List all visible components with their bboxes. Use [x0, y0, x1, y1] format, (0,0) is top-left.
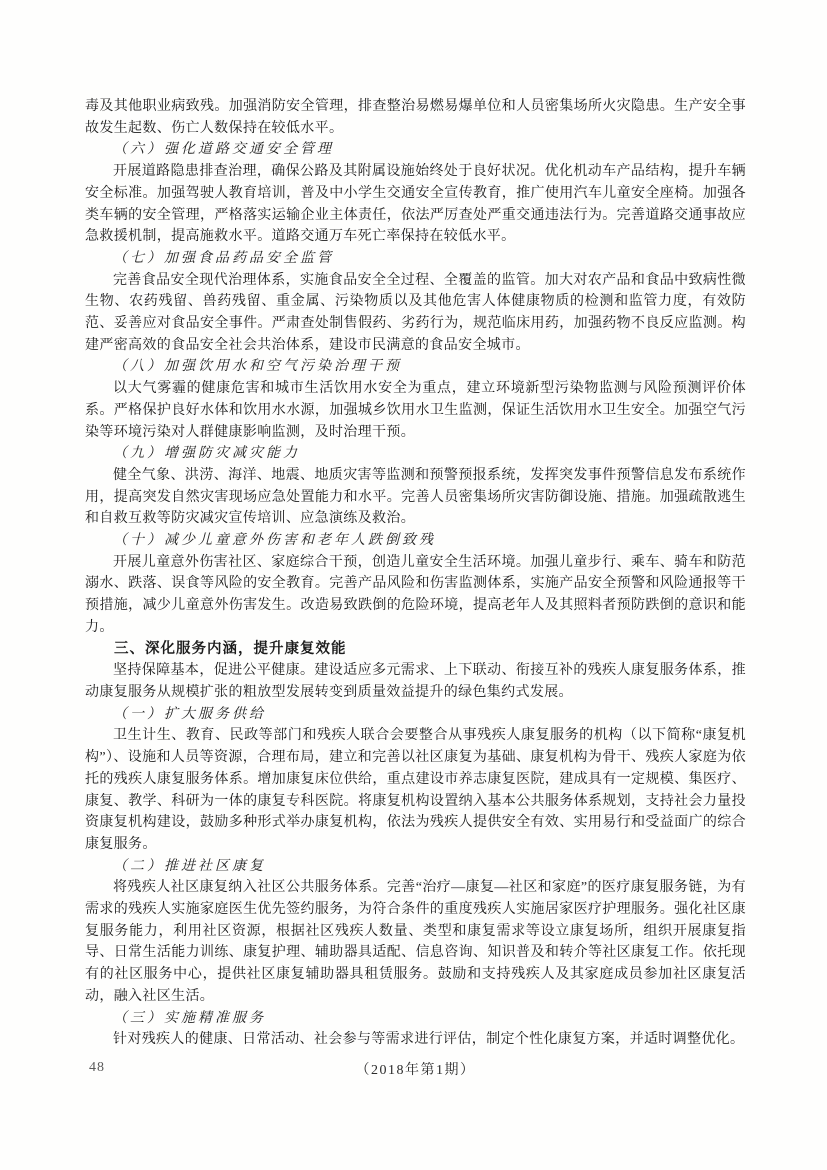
body-paragraph: 针对残疾人的健康、日常活动、社会参与等需求进行评估，制定个性化康复方案，并适时调… [85, 1029, 746, 1051]
subsection-heading: （八）加强饮用水和空气污染治理干预 [85, 356, 746, 378]
body-paragraph: 完善食品安全现代治理体系，实施食品安全全过程、全覆盖的监管。加大对农产品和食品中… [85, 270, 746, 357]
body-paragraph: 以大气雾霾的健康危害和城市生活饮用水安全为重点，建立环境新型污染物监测与风险预测… [85, 378, 746, 443]
body-paragraph: 将残疾人社区康复纳入社区公共服务体系。完善“治疗—康复—社区和家庭”的医疗康复服… [85, 877, 746, 1007]
body-paragraph: 开展儿童意外伤害社区、家庭综合干预，创造儿童安全生活环境。加强儿童步行、乘车、骑… [85, 552, 746, 639]
subsection-heading: （十）减少儿童意外伤害和老年人跌倒致残 [85, 530, 746, 552]
body-paragraph: 开展道路隐患排查治理，确保公路及其附属设施始终处于良好状况。优化机动车产品结构，… [85, 161, 746, 248]
document-body: 毒及其他职业病致残。加强消防安全管理，排查整治易燃易爆单位和人员密集场所火灾隐患… [85, 96, 746, 1051]
subsection-heading: （一）扩大服务供给 [85, 704, 746, 726]
section-heading: 三、深化服务内涵，提升康复效能 [85, 639, 746, 661]
subsection-heading: （二）推进社区康复 [85, 856, 746, 878]
body-paragraph: 坚持保障基本，促进公平健康。建设适应多元需求、上下联动、衔接互补的残疾人康复服务… [85, 660, 746, 703]
document-page: 毒及其他职业病致残。加强消防安全管理，排查整治易燃易爆单位和人员密集场所火灾隐患… [0, 0, 827, 1170]
subsection-heading: （三）实施精准服务 [85, 1008, 746, 1030]
subsection-heading: （六）强化道路交通安全管理 [85, 139, 746, 161]
subsection-heading: （九）增强防灾减灾能力 [85, 443, 746, 465]
page-footer: 48 （2018年第1期） [85, 1059, 746, 1081]
scanned-document: { "document": { "language": "zh-CN", "pa… [0, 0, 827, 1170]
body-paragraph: 健全气象、洪涝、海洋、地震、地质灾害等监测和预警预报系统，发挥突发事件预警信息发… [85, 465, 746, 530]
subsection-heading: （七）加强食品药品安全监管 [85, 248, 746, 270]
body-paragraph: 卫生计生、教育、民政等部门和残疾人联合会要整合从事残疾人康复服务的机构（以下简称… [85, 725, 746, 855]
issue-label: （2018年第1期） [85, 1059, 746, 1079]
body-paragraph: 毒及其他职业病致残。加强消防安全管理，排查整治易燃易爆单位和人员密集场所火灾隐患… [85, 96, 746, 139]
